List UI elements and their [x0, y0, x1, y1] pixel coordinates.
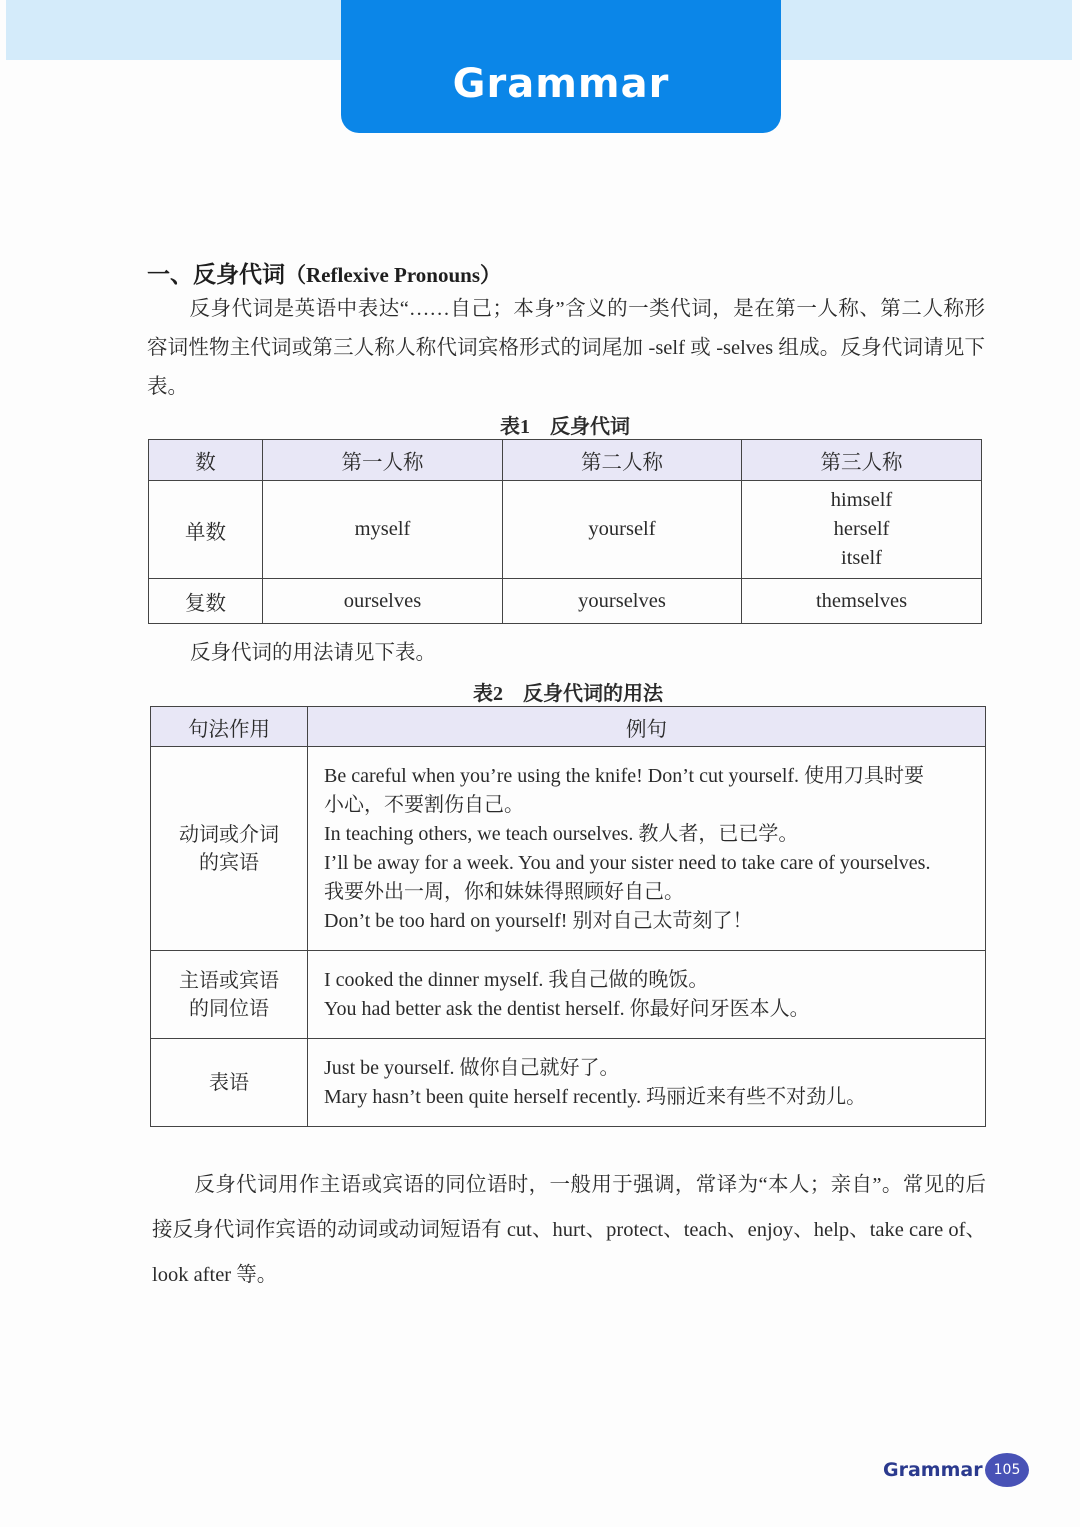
intro-text: 反身代词是英语中表达“……自己；本身”含义的一类代词，是在第一人称、第二人称形容…: [147, 298, 985, 398]
banner-title: Grammar: [453, 61, 670, 107]
table-row: 单数 myself yourself himself herself itsel…: [149, 481, 982, 579]
intro-paragraph: 反身代词是英语中表达“……自己；本身”含义的一类代词，是在第一人称、第二人称形容…: [147, 290, 985, 407]
example-line: Don’t be too hard on yourself! 别对自己太苛刻了！: [324, 907, 969, 936]
pronoun: himself: [742, 486, 981, 515]
reflexive-usage-table: 句法作用 例句 动词或介词 的宾语 Be careful when you’re…: [150, 706, 986, 1127]
page-number-badge: 105: [985, 1453, 1029, 1487]
example-line: Just be yourself. 做你自己就好了。: [324, 1054, 969, 1083]
cell-role: 表语: [151, 1039, 308, 1127]
pronoun: itself: [742, 544, 981, 573]
table-row: 主语或宾语 的同位语 I cooked the dinner myself. 我…: [151, 951, 986, 1039]
column-header: 例句: [308, 707, 986, 747]
example-line: 我要外出一周，你和妹妹得照顾好自己。: [324, 878, 969, 907]
table-header-row: 数 第一人称 第二人称 第三人称: [149, 440, 982, 481]
example-line: In teaching others, we teach ourselves. …: [324, 820, 969, 849]
column-header: 句法作用: [151, 707, 308, 747]
cell-number: 单数: [149, 481, 263, 579]
table1-caption: 表1 反身代词: [148, 410, 982, 439]
cell-examples: Be careful when you’re using the knife! …: [308, 747, 986, 951]
section-heading-en: （Reflexive Pronouns）: [285, 263, 501, 287]
column-header: 第一人称: [263, 440, 503, 481]
section-heading-cn: 一、反身代词: [147, 262, 285, 287]
section-heading: 一、反身代词（Reflexive Pronouns）: [147, 256, 501, 289]
column-header: 数: [149, 440, 263, 481]
cell-examples: I cooked the dinner myself. 我自己做的晚饭。 You…: [308, 951, 986, 1039]
example-line: I’ll be away for a week. You and your si…: [324, 849, 969, 878]
chapter-banner: Grammar: [341, 0, 781, 133]
example-line: Mary hasn’t been quite herself recently.…: [324, 1083, 969, 1112]
table-row: 复数 ourselves yourselves themselves: [149, 579, 982, 624]
cell-first-person: ourselves: [263, 579, 503, 624]
cell-examples: Just be yourself. 做你自己就好了。 Mary hasn’t b…: [308, 1039, 986, 1127]
example-line: 小心，不要割伤自己。: [324, 791, 969, 820]
cell-second-person: yourselves: [503, 579, 742, 624]
cell-role: 动词或介词 的宾语: [151, 747, 308, 951]
column-header: 第三人称: [742, 440, 982, 481]
example-line: You had better ask the dentist herself. …: [324, 995, 969, 1024]
reflexive-pronoun-table: 数 第一人称 第二人称 第三人称 单数 myself yourself hims…: [148, 439, 982, 624]
cell-first-person: myself: [263, 481, 503, 579]
table-header-row: 句法作用 例句: [151, 707, 986, 747]
cell-second-person: yourself: [503, 481, 742, 579]
cell-number: 复数: [149, 579, 263, 624]
example-line: Be careful when you’re using the knife! …: [324, 762, 969, 791]
pronoun: herself: [742, 515, 981, 544]
table2-caption: 表2 反身代词的用法: [150, 677, 986, 706]
cell-third-person: themselves: [742, 579, 982, 624]
footer-section-label: Grammar: [883, 1459, 983, 1481]
table-row: 表语 Just be yourself. 做你自己就好了。 Mary hasn’…: [151, 1039, 986, 1127]
between-paragraph: 反身代词的用法请见下表。: [190, 634, 890, 673]
closing-paragraph: 反身代词用作主语或宾语的同位语时，一般用于强调，常译为“本人；亲自”。常见的后接…: [152, 1163, 986, 1298]
cell-role: 主语或宾语 的同位语: [151, 951, 308, 1039]
example-line: I cooked the dinner myself. 我自己做的晚饭。: [324, 966, 969, 995]
column-header: 第二人称: [503, 440, 742, 481]
closing-text: 反身代词用作主语或宾语的同位语时，一般用于强调，常译为“本人；亲自”。常见的后接…: [152, 1174, 986, 1286]
table-row: 动词或介词 的宾语 Be careful when you’re using t…: [151, 747, 986, 951]
cell-third-person: himself herself itself: [742, 481, 982, 579]
